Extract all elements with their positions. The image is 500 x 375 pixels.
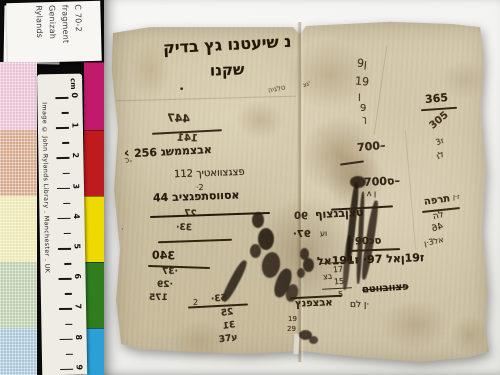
ruler-major-tick: [59, 308, 72, 310]
ruler-scale: 0123456789: [37, 74, 82, 75]
inscription: ·: [121, 226, 124, 234]
ruler-major-tick: [58, 218, 71, 220]
inscription: ז·ן: [453, 194, 460, 201]
inscription: ן9: [357, 58, 368, 70]
ruler-number: 8: [74, 331, 83, 343]
ruler-number: 0: [70, 89, 79, 101]
ruler: Image © John Rylands Library . Mancheste…: [37, 74, 87, 375]
inscription: 700–: [357, 140, 386, 153]
inscription: שקנו: [210, 62, 245, 78]
inscription: ז19ןאל 97· ז191אל: [317, 252, 425, 267]
inscription: 33·: [176, 224, 192, 234]
ruler-number: 4: [72, 210, 81, 222]
inscription: וע: [320, 230, 327, 238]
center-fold-crease: [297, 22, 304, 362]
ruler-number: 1: [70, 119, 79, 131]
inscription: ן לם·: [350, 301, 369, 310]
ruler-major-tick: [55, 97, 68, 99]
ink-blot: [297, 268, 305, 278]
shelfmark-label: Rylands Genizah fragment C 70-2: [6, 1, 102, 63]
inscription: 53·: [211, 294, 228, 304]
ruler-number: 5: [72, 240, 81, 252]
color-bar-yellow: [84, 196, 104, 262]
inscription: ן: [358, 92, 361, 102]
ruler-major-tick: [57, 187, 70, 189]
ruler-major-tick: [59, 278, 72, 280]
ruler-minor-tick: [62, 112, 69, 114]
ink-blot: [309, 336, 318, 344]
inscription: ך: [362, 116, 367, 125]
inscription: 19: [355, 75, 370, 87]
ruler-number: 2: [71, 150, 80, 162]
ruler-minor-tick: [65, 323, 72, 325]
inscription: •: [179, 86, 184, 95]
inscription: 175: [149, 294, 168, 303]
inscription: 31: [222, 321, 236, 332]
inscription: 29: [287, 326, 296, 333]
shelfmark-label-text: Rylands Genizah fragment C 70-2: [32, 4, 85, 61]
paper-right-half-highlight: [301, 18, 494, 368]
ruler-number: 7: [73, 301, 82, 313]
pastel-color-checker: [0, 62, 37, 375]
inscription: בצ: [323, 273, 333, 282]
ruler-minor-tick: [62, 142, 69, 144]
label-line: C 70-2: [71, 4, 85, 60]
checker-patch-tan: [0, 130, 37, 196]
inscription: 700ס–: [364, 175, 400, 188]
ruler-major-tick: [60, 369, 73, 371]
color-bar-green: [84, 262, 104, 328]
copyright-text: Image © John Rylands Library . Mancheste…: [40, 102, 50, 273]
checker-patch-yellow: [0, 196, 37, 262]
checker-patch-blue: [0, 328, 37, 375]
checker-patch-pink: [0, 62, 37, 130]
color-bar-magenta: [84, 62, 104, 130]
ruler-major-tick: [60, 338, 73, 340]
ruler-major-tick: [56, 127, 69, 129]
ruler-minor-tick: [63, 203, 70, 205]
color-bar-red: [84, 130, 104, 196]
inscription: אבצפנץ: [295, 298, 333, 309]
saturated-color-bar: [84, 62, 104, 375]
inscription: 340: [152, 250, 175, 262]
inscription: 365: [425, 92, 449, 105]
digitized-manuscript-photo: נ שיעטנו גץ בדיקשקנוטלגיה•447141‹256 אבצ…: [0, 0, 500, 375]
ruler-minor-tick: [66, 353, 73, 355]
inscription: 97·: [293, 230, 311, 240]
inscription: 90סכ: [355, 237, 382, 248]
inscription: 447: [167, 112, 191, 124]
inscription: 90: [294, 212, 308, 222]
ruler-minor-tick: [64, 263, 71, 265]
inscription: 15: [334, 278, 345, 287]
inscription: 9: [360, 104, 366, 114]
ruler-minor-tick: [65, 293, 72, 295]
inscription: 25: [220, 308, 234, 319]
inscription: 141: [177, 134, 198, 145]
inscription: ·37: [162, 268, 178, 277]
ruler-major-tick: [58, 248, 71, 250]
ruler-number: 6: [73, 270, 82, 282]
calibration-strip: Rylands Genizah fragment C 70-2 Image © …: [0, 0, 107, 375]
ruler-number: 9: [75, 361, 84, 373]
ruler-minor-tick: [63, 172, 70, 174]
ruler-unit-label: cm: [69, 78, 77, 90]
ink-blot: [250, 244, 261, 258]
ink-blot: [258, 228, 274, 250]
checker-patch-green: [0, 262, 37, 328]
inscription: ן ʌ ן: [362, 190, 376, 198]
inscription: 19: [288, 316, 297, 323]
ruler-number: 3: [71, 180, 80, 192]
ruler-major-tick: [56, 157, 69, 159]
ink-blot: [303, 258, 314, 272]
ink-blot: [252, 212, 264, 228]
inscription: ·29: [157, 281, 173, 290]
ruler-minor-tick: [64, 233, 71, 235]
inscription: אסווסתפגציב 44: [153, 189, 240, 203]
